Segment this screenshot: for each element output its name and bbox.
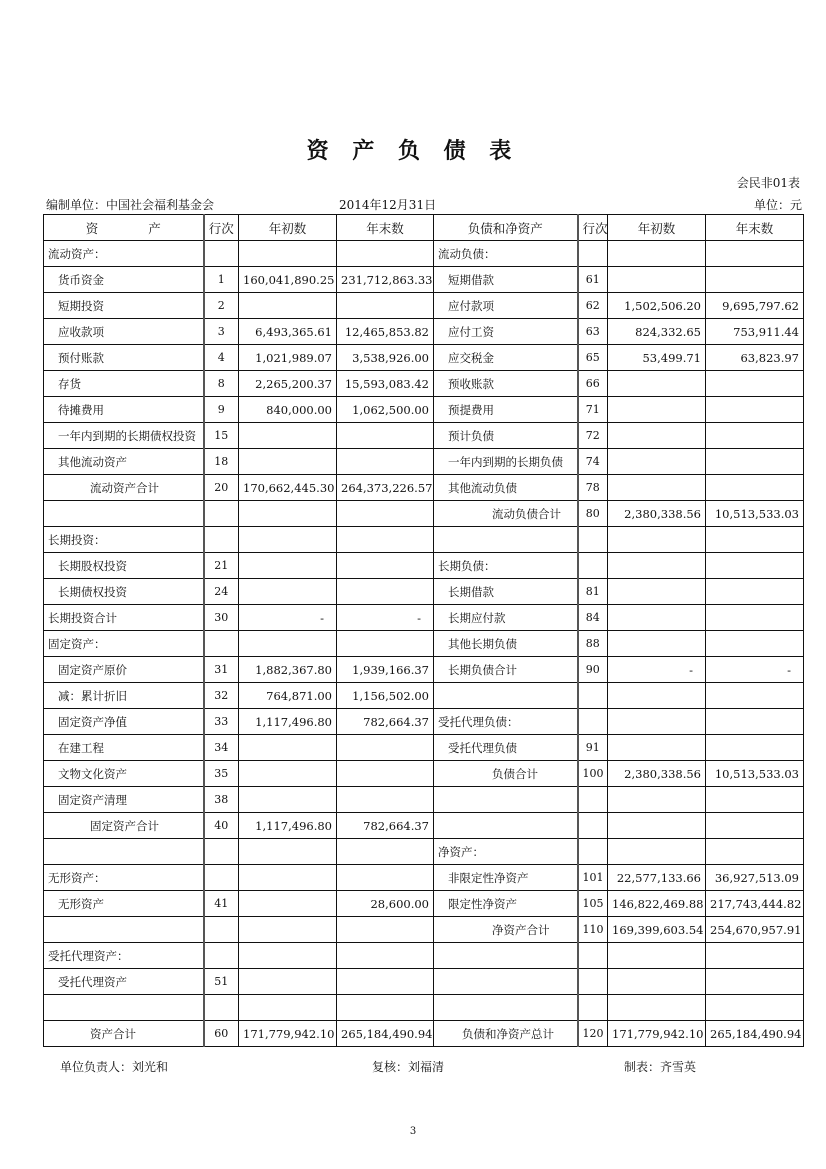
begin-balance: 1,882,367.80 (239, 657, 337, 683)
line-number: 21 (204, 553, 239, 579)
table-row: 净资产： (44, 839, 804, 865)
preparing-organization: 编制单位：中国社会福利基金会 (46, 196, 214, 213)
liability-item-name: 流动负债： (434, 241, 578, 267)
header-assets: 资 产 (44, 215, 204, 241)
begin-balance (239, 839, 337, 865)
begin-balance: 1,021,989.07 (239, 345, 337, 371)
asset-item-name: 无形资产 (44, 891, 204, 917)
liability-item-name (434, 787, 578, 813)
line-number: 2 (204, 293, 239, 319)
asset-item-name (44, 917, 204, 943)
asset-item-name: 无形资产： (44, 865, 204, 891)
begin-balance (608, 943, 706, 969)
end-balance (337, 553, 434, 579)
line-number: 66 (578, 371, 608, 397)
form-code: 会民非01表 (737, 174, 800, 191)
line-number (204, 865, 239, 891)
table-row: 长期债权投资24长期借款81 (44, 579, 804, 605)
table-row: 固定资产原价311,882,367.801,939,166.37长期负债合计90… (44, 657, 804, 683)
line-number: 120 (578, 1021, 608, 1047)
line-number: 101 (578, 865, 608, 891)
end-balance: 1,062,500.00 (337, 397, 434, 423)
line-number: 33 (204, 709, 239, 735)
line-number: 8 (204, 371, 239, 397)
asset-item-name: 一年内到期的长期债权投资 (44, 423, 204, 449)
end-balance: 15,593,083.42 (337, 371, 434, 397)
end-balance: 265,184,490.94 (706, 1021, 804, 1047)
end-balance (337, 995, 434, 1021)
asset-item-name: 固定资产合计 (44, 813, 204, 839)
asset-item-name: 流动资产合计 (44, 475, 204, 501)
line-number: 30 (204, 605, 239, 631)
asset-item-name: 存货 (44, 371, 204, 397)
line-number: 60 (204, 1021, 239, 1047)
begin-balance (608, 813, 706, 839)
begin-balance (608, 475, 706, 501)
table-row: 长期投资合计30--长期应付款84 (44, 605, 804, 631)
begin-balance (608, 267, 706, 293)
begin-balance: 160,041,890.25 (239, 267, 337, 293)
line-number: 20 (204, 475, 239, 501)
begin-balance (239, 501, 337, 527)
asset-item-name (44, 995, 204, 1021)
line-number: 34 (204, 735, 239, 761)
line-number: 15 (204, 423, 239, 449)
liability-item-name (434, 813, 578, 839)
currency-unit: 单位：元 (754, 196, 802, 213)
preparer-signature: 制表：齐雪英 (624, 1058, 696, 1075)
begin-balance (608, 839, 706, 865)
begin-balance (239, 787, 337, 813)
header-end-balance: 年末数 (337, 215, 434, 241)
begin-balance (608, 527, 706, 553)
asset-item-name: 短期投资 (44, 293, 204, 319)
liability-item-name: 一年内到期的长期负债 (434, 449, 578, 475)
table-row: 受托代理资产： (44, 943, 804, 969)
begin-balance: 824,332.65 (608, 319, 706, 345)
report-date: 2014年12月31日 (339, 196, 436, 213)
asset-item-name: 受托代理资产 (44, 969, 204, 995)
begin-balance: 171,779,942.10 (608, 1021, 706, 1047)
line-number: 24 (204, 579, 239, 605)
line-number: 90 (578, 657, 608, 683)
begin-balance: 2,265,200.37 (239, 371, 337, 397)
asset-item-name: 应收款项 (44, 319, 204, 345)
line-number: 105 (578, 891, 608, 917)
line-number (204, 631, 239, 657)
signature-row: 单位负责人：刘光和 复核：刘福清 制表：齐雪英 (0, 1058, 826, 1074)
begin-balance (608, 579, 706, 605)
asset-item-name (44, 501, 204, 527)
end-balance: 1,156,502.00 (337, 683, 434, 709)
end-balance (706, 813, 804, 839)
line-number (578, 813, 608, 839)
begin-balance: 2,380,338.56 (608, 501, 706, 527)
line-number (204, 241, 239, 267)
meta-row: 编制单位：中国社会福利基金会 2014年12月31日 单位：元 (46, 196, 802, 212)
line-number (578, 943, 608, 969)
end-balance (337, 839, 434, 865)
page-title: 资 产 负 债 表 (0, 134, 826, 165)
line-number: 32 (204, 683, 239, 709)
begin-balance (608, 709, 706, 735)
line-number: 1 (204, 267, 239, 293)
asset-item-name: 资产合计 (44, 1021, 204, 1047)
line-number (204, 917, 239, 943)
end-balance: 782,664.37 (337, 813, 434, 839)
table-row: 其他流动资产18一年内到期的长期负债74 (44, 449, 804, 475)
end-balance (337, 501, 434, 527)
begin-balance (608, 553, 706, 579)
begin-balance (608, 787, 706, 813)
begin-balance (239, 995, 337, 1021)
table-body: 流动资产：流动负债：货币资金1160,041,890.25231,712,863… (44, 241, 804, 1047)
table-row: 长期投资： (44, 527, 804, 553)
liability-item-name (434, 527, 578, 553)
line-number (578, 787, 608, 813)
end-balance (337, 761, 434, 787)
end-balance: 36,927,513.09 (706, 865, 804, 891)
asset-item-name: 长期股权投资 (44, 553, 204, 579)
end-balance: 782,664.37 (337, 709, 434, 735)
table-row: 固定资产：其他长期负债88 (44, 631, 804, 657)
end-balance (706, 553, 804, 579)
end-balance: 217,743,444.82 (706, 891, 804, 917)
begin-balance (239, 527, 337, 553)
line-number: 35 (204, 761, 239, 787)
begin-balance: 1,502,506.20 (608, 293, 706, 319)
line-number: 41 (204, 891, 239, 917)
end-balance (706, 371, 804, 397)
liability-item-name (434, 943, 578, 969)
liability-item-name (434, 995, 578, 1021)
line-number: 4 (204, 345, 239, 371)
end-balance (706, 969, 804, 995)
end-balance (337, 735, 434, 761)
table-row: 无形资产：非限定性净资产10122,577,133.6636,927,513.0… (44, 865, 804, 891)
end-balance: 1,939,166.37 (337, 657, 434, 683)
begin-balance: 170,662,445.30 (239, 475, 337, 501)
asset-item-name: 预付账款 (44, 345, 204, 371)
table-row: 待摊费用9840,000.001,062,500.00预提费用71 (44, 397, 804, 423)
asset-item-name: 货币资金 (44, 267, 204, 293)
liability-item-name: 其他长期负债 (434, 631, 578, 657)
table-row: 受托代理资产51 (44, 969, 804, 995)
liability-item-name: 应付工资 (434, 319, 578, 345)
begin-balance (239, 969, 337, 995)
line-number (578, 241, 608, 267)
liability-item-name: 预计负债 (434, 423, 578, 449)
begin-balance (239, 423, 337, 449)
begin-balance (608, 423, 706, 449)
end-balance: 28,600.00 (337, 891, 434, 917)
begin-balance (608, 371, 706, 397)
end-balance (337, 449, 434, 475)
end-balance: 265,184,490.94 (337, 1021, 434, 1047)
asset-item-name: 待摊费用 (44, 397, 204, 423)
line-number: 65 (578, 345, 608, 371)
liability-item-name: 长期应付款 (434, 605, 578, 631)
begin-balance (239, 579, 337, 605)
end-balance: 264,373,226.57 (337, 475, 434, 501)
begin-balance (239, 735, 337, 761)
table-row: 货币资金1160,041,890.25231,712,863.33短期借款61 (44, 267, 804, 293)
liability-item-name: 预提费用 (434, 397, 578, 423)
begin-balance (608, 631, 706, 657)
begin-balance (239, 293, 337, 319)
begin-balance (608, 605, 706, 631)
line-number (578, 553, 608, 579)
line-number: 18 (204, 449, 239, 475)
end-balance (706, 839, 804, 865)
liability-item-name: 限定性净资产 (434, 891, 578, 917)
header-line-no: 行次 (204, 215, 239, 241)
begin-balance: - (239, 605, 337, 631)
begin-balance (239, 449, 337, 475)
table-row: 固定资产清理38 (44, 787, 804, 813)
liability-item-name: 长期借款 (434, 579, 578, 605)
end-balance: 9,695,797.62 (706, 293, 804, 319)
line-number: 63 (578, 319, 608, 345)
begin-balance (608, 449, 706, 475)
liability-item-name: 应付款项 (434, 293, 578, 319)
liability-item-name: 非限定性净资产 (434, 865, 578, 891)
begin-balance (239, 631, 337, 657)
table-header-row: 资 产 行次 年初数 年末数 负债和净资产 行次 年初数 年末数 (44, 215, 804, 241)
table-row (44, 995, 804, 1021)
liability-item-name: 长期负债： (434, 553, 578, 579)
begin-balance (239, 943, 337, 969)
line-number: 62 (578, 293, 608, 319)
begin-balance: 169,399,603.54 (608, 917, 706, 943)
end-balance: 254,670,957.91 (706, 917, 804, 943)
asset-item-name: 受托代理资产： (44, 943, 204, 969)
asset-item-name: 流动资产： (44, 241, 204, 267)
end-balance (706, 943, 804, 969)
asset-item-name: 文物文化资产 (44, 761, 204, 787)
line-number (204, 943, 239, 969)
end-balance (337, 293, 434, 319)
table-row: 流动负债合计802,380,338.5610,513,533.03 (44, 501, 804, 527)
end-balance (706, 605, 804, 631)
table-row: 短期投资2应付款项621,502,506.209,695,797.62 (44, 293, 804, 319)
asset-item-name: 固定资产清理 (44, 787, 204, 813)
begin-balance: 1,117,496.80 (239, 813, 337, 839)
end-balance (337, 631, 434, 657)
liability-item-name: 短期借款 (434, 267, 578, 293)
line-number: 40 (204, 813, 239, 839)
end-balance (337, 579, 434, 605)
liability-item-name: 受托代理负债 (434, 735, 578, 761)
line-number (204, 839, 239, 865)
begin-balance (608, 995, 706, 1021)
liability-item-name: 长期负债合计 (434, 657, 578, 683)
end-balance (337, 943, 434, 969)
end-balance (706, 241, 804, 267)
line-number (204, 501, 239, 527)
asset-item-name: 长期投资： (44, 527, 204, 553)
begin-balance (608, 735, 706, 761)
line-number: 80 (578, 501, 608, 527)
begin-balance: 2,380,338.56 (608, 761, 706, 787)
asset-item-name: 其他流动资产 (44, 449, 204, 475)
line-number: 78 (578, 475, 608, 501)
end-balance (706, 631, 804, 657)
begin-balance: 171,779,942.10 (239, 1021, 337, 1047)
end-balance (337, 241, 434, 267)
end-balance: 10,513,533.03 (706, 761, 804, 787)
line-number (578, 683, 608, 709)
table-row: 减：累计折旧32764,871.001,156,502.00 (44, 683, 804, 709)
table-row: 流动资产：流动负债： (44, 241, 804, 267)
line-number (204, 995, 239, 1021)
line-number (578, 839, 608, 865)
liability-item-name: 流动负债合计 (434, 501, 578, 527)
line-number: 3 (204, 319, 239, 345)
line-number: 51 (204, 969, 239, 995)
liability-item-name (434, 683, 578, 709)
line-number: 9 (204, 397, 239, 423)
liability-item-name: 负债和净资产总计 (434, 1021, 578, 1047)
liability-item-name: 其他流动负债 (434, 475, 578, 501)
liability-item-name: 受托代理负债： (434, 709, 578, 735)
begin-balance: 53,499.71 (608, 345, 706, 371)
end-balance: - (337, 605, 434, 631)
begin-balance: 146,822,469.88 (608, 891, 706, 917)
end-balance (706, 449, 804, 475)
reviewer-signature: 复核：刘福清 (372, 1058, 444, 1075)
end-balance (337, 787, 434, 813)
end-balance (337, 423, 434, 449)
end-balance (337, 527, 434, 553)
end-balance (706, 735, 804, 761)
line-number: 110 (578, 917, 608, 943)
header-end-balance-right: 年末数 (706, 215, 804, 241)
end-balance (706, 475, 804, 501)
end-balance: 10,513,533.03 (706, 501, 804, 527)
table-row: 无形资产4128,600.00限定性净资产105146,822,469.8821… (44, 891, 804, 917)
header-begin-balance-right: 年初数 (608, 215, 706, 241)
end-balance (337, 969, 434, 995)
begin-balance (608, 683, 706, 709)
liability-item-name: 净资产： (434, 839, 578, 865)
page-number: 3 (0, 1126, 826, 1137)
table-row: 文物文化资产35负债合计1002,380,338.5610,513,533.03 (44, 761, 804, 787)
table-row: 预付账款41,021,989.073,538,926.00应交税金6553,49… (44, 345, 804, 371)
header-liabilities-net-assets: 负债和净资产 (434, 215, 578, 241)
begin-balance: 764,871.00 (239, 683, 337, 709)
liability-item-name (434, 969, 578, 995)
end-balance (706, 709, 804, 735)
table-row: 资产合计60171,779,942.10265,184,490.94负债和净资产… (44, 1021, 804, 1047)
line-number (204, 527, 239, 553)
asset-item-name: 减：累计折旧 (44, 683, 204, 709)
asset-item-name: 在建工程 (44, 735, 204, 761)
table-row: 净资产合计110169,399,603.54254,670,957.91 (44, 917, 804, 943)
end-balance (706, 787, 804, 813)
end-balance: 231,712,863.33 (337, 267, 434, 293)
line-number: 72 (578, 423, 608, 449)
line-number: 31 (204, 657, 239, 683)
begin-balance (239, 241, 337, 267)
table-row: 应收款项36,493,365.6112,465,853.82应付工资63824,… (44, 319, 804, 345)
table-row: 在建工程34受托代理负债91 (44, 735, 804, 761)
header-begin-balance: 年初数 (239, 215, 337, 241)
line-number: 100 (578, 761, 608, 787)
end-balance (706, 527, 804, 553)
line-number (578, 527, 608, 553)
end-balance: 63,823.97 (706, 345, 804, 371)
line-number: 74 (578, 449, 608, 475)
begin-balance: 840,000.00 (239, 397, 337, 423)
asset-item-name: 固定资产： (44, 631, 204, 657)
line-number: 88 (578, 631, 608, 657)
begin-balance: - (608, 657, 706, 683)
begin-balance (239, 553, 337, 579)
asset-item-name: 长期债权投资 (44, 579, 204, 605)
end-balance: - (706, 657, 804, 683)
line-number (578, 969, 608, 995)
line-number: 81 (578, 579, 608, 605)
end-balance: 3,538,926.00 (337, 345, 434, 371)
end-balance (706, 423, 804, 449)
liability-item-name: 负债合计 (434, 761, 578, 787)
balance-sheet-table: 资 产 行次 年初数 年末数 负债和净资产 行次 年初数 年末数 流动资产：流动… (43, 214, 804, 1047)
end-balance (337, 917, 434, 943)
begin-balance (608, 969, 706, 995)
liability-item-name: 净资产合计 (434, 917, 578, 943)
table-row: 固定资产合计401,117,496.80782,664.37 (44, 813, 804, 839)
begin-balance (239, 865, 337, 891)
begin-balance (239, 891, 337, 917)
asset-item-name (44, 839, 204, 865)
table-row: 流动资产合计20170,662,445.30264,373,226.57其他流动… (44, 475, 804, 501)
asset-item-name: 固定资产原价 (44, 657, 204, 683)
table-row: 固定资产净值331,117,496.80782,664.37受托代理负债： (44, 709, 804, 735)
liability-item-name: 应交税金 (434, 345, 578, 371)
begin-balance: 6,493,365.61 (239, 319, 337, 345)
begin-balance: 22,577,133.66 (608, 865, 706, 891)
line-number: 61 (578, 267, 608, 293)
asset-item-name: 长期投资合计 (44, 605, 204, 631)
end-balance (706, 995, 804, 1021)
end-balance (706, 683, 804, 709)
line-number: 84 (578, 605, 608, 631)
line-number (578, 709, 608, 735)
table-row: 存货82,265,200.3715,593,083.42预收账款66 (44, 371, 804, 397)
liability-item-name: 预收账款 (434, 371, 578, 397)
table-row: 长期股权投资21长期负债： (44, 553, 804, 579)
begin-balance (608, 397, 706, 423)
line-number: 38 (204, 787, 239, 813)
line-number (578, 995, 608, 1021)
end-balance: 12,465,853.82 (337, 319, 434, 345)
begin-balance (608, 241, 706, 267)
begin-balance: 1,117,496.80 (239, 709, 337, 735)
end-balance (706, 397, 804, 423)
begin-balance (239, 761, 337, 787)
end-balance: 753,911.44 (706, 319, 804, 345)
line-number: 71 (578, 397, 608, 423)
header-line-no-right: 行次 (578, 215, 608, 241)
end-balance (337, 865, 434, 891)
end-balance (706, 267, 804, 293)
begin-balance (239, 917, 337, 943)
line-number: 91 (578, 735, 608, 761)
end-balance (706, 579, 804, 605)
table-row: 一年内到期的长期债权投资15预计负债72 (44, 423, 804, 449)
asset-item-name: 固定资产净值 (44, 709, 204, 735)
